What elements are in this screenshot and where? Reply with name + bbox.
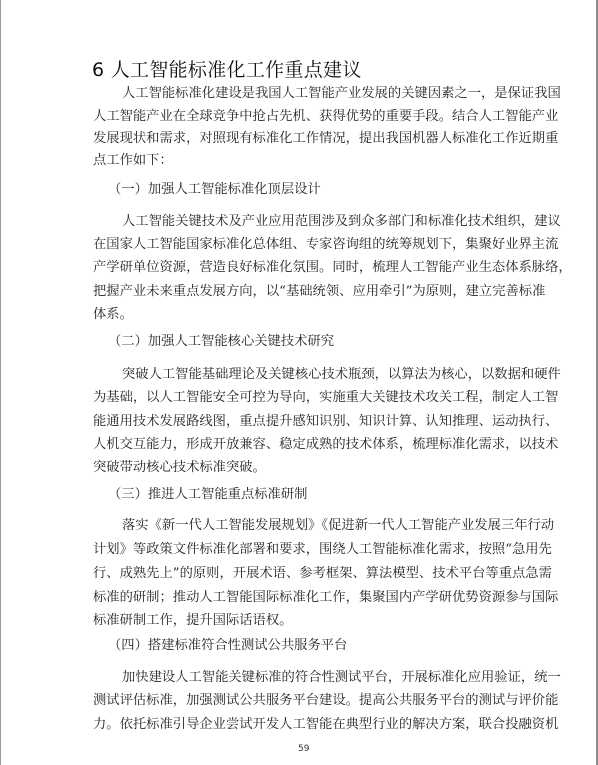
intro-line-1: 人工智能标准化建设是我国人工智能产业发展的关键因素之一，是保证我国 <box>122 85 511 103</box>
document-page: 6 人工智能标准化工作重点建议 人工智能标准化建设是我国人工智能产业发展的关键因… <box>0 0 596 765</box>
section3-line-3: 行、成熟先上”的原则，开展术语、参考框架、算法模型、技术平台等重点急需 <box>93 565 511 583</box>
subsection-heading-3: （三）推进人工智能重点标准研制 <box>108 486 307 504</box>
section3-line-4: 标准的研制；推动人工智能国际标准化工作，集聚国内产学研优势资源参与国际 <box>93 589 511 607</box>
section1-line-5: 体系。 <box>93 306 511 324</box>
intro-line-2: 人工智能产业在全球竞争中抢占先机、获得优势的重要手段。结合人工智能产业 <box>93 108 511 126</box>
section1-line-1: 人工智能关键技术及产业应用范围涉及到众多部门和标准化技术组织，建议 <box>122 213 511 231</box>
section1-line-2: 在国家人工智能国家标准化总体组、专家咨询组的统筹规划下，集聚好业界主流 <box>93 236 511 254</box>
section4-line-3: 力。依托标准引导企业尝试开发人工智能在典型行业的解决方案，联合投融资机 <box>93 716 511 734</box>
intro-line-3: 发展现状和需求，对照现有标准化工作情况，提出我国机器人标准化工作近期重 <box>93 130 511 148</box>
section1-line-4: 把握产业未来重点发展方向，以“基础统领、应用牵引”为原则，建立完善标准 <box>93 283 511 301</box>
section3-line-2: 计划》等政策文件标准化部署和要求，围绕人工智能标准化需求，按照“急用先 <box>93 541 511 559</box>
section3-line-5: 标准研制工作，提升国际话语权。 <box>93 612 511 630</box>
section2-line-4: 人机交互能力，形成开放兼容、稳定成熟的技术体系，梳理标准化需求，以技术 <box>93 436 511 454</box>
section-title: 6 人工智能标准化工作重点建议 <box>92 57 362 83</box>
section2-line-2: 为基础，以人工智能安全可控为导向，实施重大关键技术攻关工程，制定人工智 <box>93 389 511 407</box>
page-number: 59 <box>298 743 309 755</box>
section4-line-1: 加快建设人工智能关键标准的符合性测试平台，开展标准化应用验证，统一 <box>122 669 511 687</box>
section2-line-5: 突破带动核心技术标准突破。 <box>93 459 511 477</box>
subsection-heading-2: （二）加强人工智能核心关键技术研究 <box>108 333 334 351</box>
section2-line-3: 能通用技术发展路线图，重点提升感知识别、知识计算、认知推理、运动执行、 <box>93 413 511 431</box>
section4-line-2: 测试评估标准，加强测试公共服务平台建设。提高公共服务平台的测试与评价能 <box>93 692 511 710</box>
section1-line-3: 产学研单位资源，营造良好标准化氛围。同时，梳理人工智能产业生态体系脉络， <box>93 259 511 277</box>
subsection-heading-4: （四）搭建标准符合性测试公共服务平台 <box>108 637 347 655</box>
intro-line-4: 点工作如下： <box>93 152 511 170</box>
subsection-heading-1: （一）加强人工智能标准化顶层设计 <box>108 181 321 199</box>
section2-line-1: 突破人工智能基础理论及关键核心技术瓶颈，以算法为核心，以数据和硬件 <box>122 366 511 384</box>
section3-line-1: 落实《新一代人工智能发展规划》《促进新一代人工智能产业发展三年行动 <box>122 517 511 535</box>
